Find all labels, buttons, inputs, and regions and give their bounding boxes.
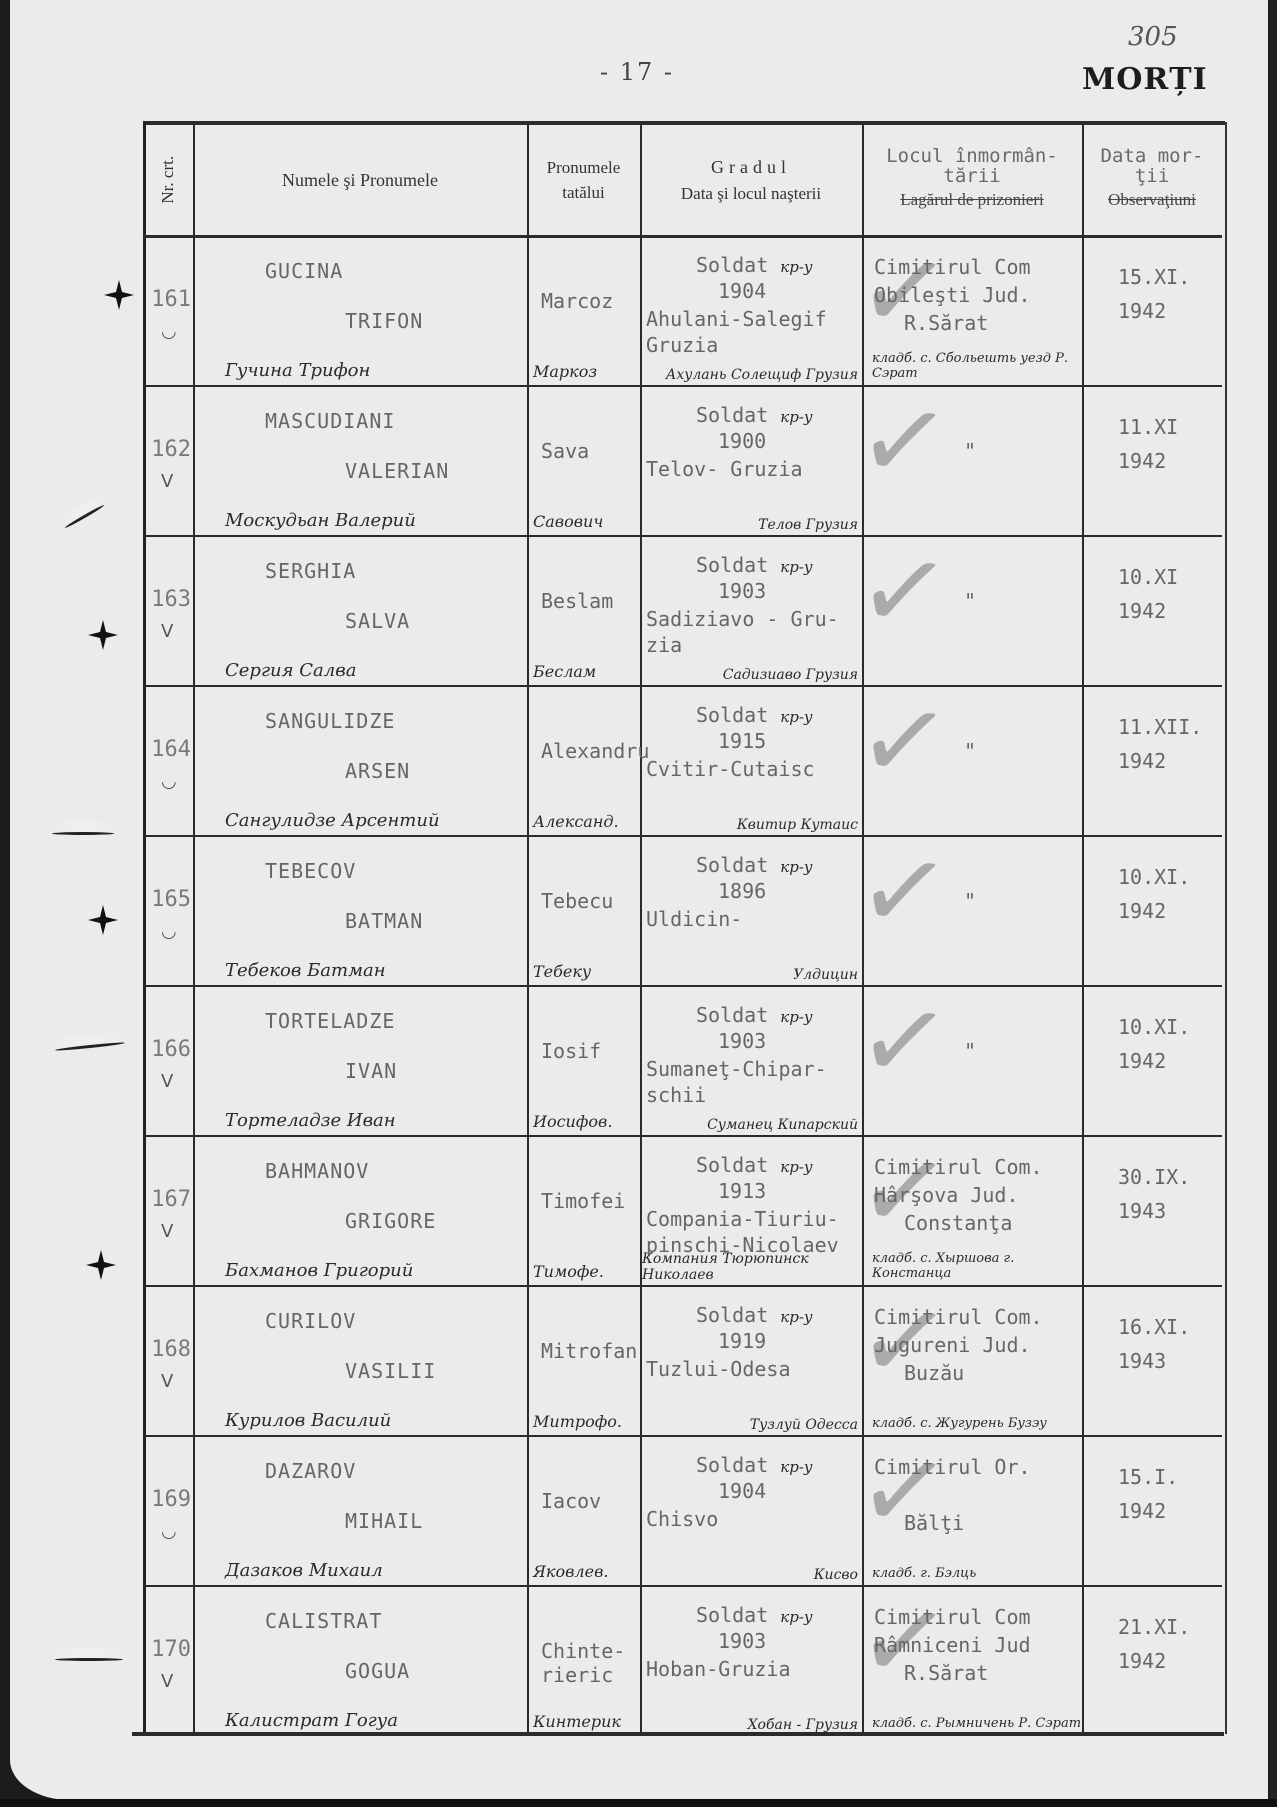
birth-place: Hoban-Gruzia xyxy=(646,1657,791,1681)
rank: Soldat кр-у xyxy=(696,253,813,277)
burial-place-line2: Râmniceni Jud xyxy=(874,1633,1031,1657)
name-cell: DAZAROV MIHAIL Дазаков Михаил xyxy=(195,1437,527,1587)
name-cell: CALISTRAT GOGUA Калистрат Гогуа xyxy=(195,1587,527,1737)
burial-place-line1: Cimitirul Com. xyxy=(874,1305,1043,1329)
name-cell: GUCINA TRIFON Гучина Трифон xyxy=(195,237,527,387)
death-date-day-month: 11.XII. xyxy=(1118,715,1202,739)
burial-place-cell: ✓ Cimitirul Com Râmniceni Jud R.Sărat кл… xyxy=(864,1587,1082,1737)
row-number-cell: 163 V xyxy=(143,537,193,687)
father-name-cell: Tebecu Тебеку xyxy=(529,837,640,987)
row-number: 164 xyxy=(151,737,191,762)
rank-handwritten: кр-у xyxy=(780,258,812,276)
father-name: Beslam xyxy=(541,589,613,613)
birth-handwritten: Улдицин xyxy=(793,967,858,983)
burial-place-cell: ✓ " xyxy=(864,387,1082,537)
father-handwritten: Беслам xyxy=(533,662,596,681)
birth-place: Sumaneţ-Chipar- xyxy=(646,1057,827,1081)
surname: GUCINA xyxy=(265,259,343,283)
check-mark-icon: V xyxy=(161,1671,173,1692)
burial-place-cell: ✓ " xyxy=(864,687,1082,837)
rank-birth-cell: Soldat кр-у 1903 Sumaneţ-Chipar- schii С… xyxy=(642,987,862,1137)
rank-handwritten: кр-у xyxy=(780,408,812,426)
rank-birth-cell: Soldat кр-у 1896 Uldicin- Улдицин xyxy=(642,837,862,987)
birth-place: Sadiziavo - Gru- xyxy=(646,607,839,631)
table-row: 161 ◡ GUCINA TRIFON Гучина Трифон Marcoz… xyxy=(143,237,1222,387)
given-name: VALERIAN xyxy=(345,459,449,483)
surname: SERGHIA xyxy=(265,559,356,583)
father-handwritten: Иосифов. xyxy=(533,1112,612,1131)
father-name: Sava xyxy=(541,439,589,463)
burial-place-line2: Obileşti Jud. xyxy=(874,283,1031,307)
rank-handwritten: кр-у xyxy=(780,1158,812,1176)
verification-check-icon: ✓ xyxy=(850,521,959,661)
birth-year: 1896 xyxy=(718,879,766,903)
death-date-year: 1943 xyxy=(1118,1349,1166,1373)
birth-handwritten: Кисво xyxy=(814,1567,858,1583)
rank: Soldat кр-у xyxy=(696,703,813,727)
row-number: 166 xyxy=(151,1037,191,1062)
row-number-cell: 166 V xyxy=(143,987,193,1137)
name-handwritten: Сергия Салва xyxy=(225,660,356,681)
father-name: Marcoz xyxy=(541,289,613,313)
check-mark-icon: V xyxy=(161,621,173,642)
birth-handwritten: Компания Тюрюпинск Николаев xyxy=(642,1251,858,1283)
rank: Soldat кр-у xyxy=(696,1003,813,1027)
archive-folio-number: 305 xyxy=(1128,22,1178,52)
father-name-cell: Alexandru Александ. xyxy=(529,687,640,837)
header-grade: GradulData şi locul naşterii xyxy=(640,125,862,235)
header-father: Pronumeletatălui xyxy=(527,125,640,235)
father-handwritten: Яковлев. xyxy=(533,1562,608,1581)
father-name-cell: Mitrofan Митрофо. xyxy=(529,1287,640,1437)
rank-handwritten: кр-у xyxy=(780,1608,812,1626)
table-row: 165 ◡ TEBECOV BATMAN Тебеков Батман Tebe… xyxy=(143,837,1222,987)
rank: Soldat кр-у xyxy=(696,1453,813,1477)
birth-handwritten: Суманец Кипарский xyxy=(707,1117,858,1133)
death-date-year: 1942 xyxy=(1118,899,1166,923)
row-number-cell: 161 ◡ xyxy=(143,237,193,387)
table-row: 162 V MASCUDIANI VALERIAN Москудьан Вале… xyxy=(143,387,1222,537)
rank-birth-cell: Soldat кр-у 1903 Sadiziavo - Gru- zia Са… xyxy=(642,537,862,687)
rank-handwritten: кр-у xyxy=(780,1308,812,1326)
name-handwritten: Москудьан Валерий xyxy=(225,510,416,531)
given-name: BATMAN xyxy=(345,909,423,933)
death-date-cell: 15.XI. 1942 xyxy=(1084,237,1222,387)
birth-year: 1919 xyxy=(718,1329,766,1353)
birth-year: 1904 xyxy=(718,1479,766,1503)
death-date-day-month: 15.XI. xyxy=(1118,265,1190,289)
birth-year: 1915 xyxy=(718,729,766,753)
rank-handwritten: кр-у xyxy=(780,1008,812,1026)
death-date-day-month: 10.XI. xyxy=(1118,1015,1190,1039)
table-row: 166 V TORTELADZE IVAN Тортеладзе Иван Io… xyxy=(143,987,1222,1137)
name-handwritten: Курилов Василий xyxy=(225,1410,391,1431)
death-date-cell: 11.XII. 1942 xyxy=(1084,687,1222,837)
name-cell: TORTELADZE IVAN Тортеладзе Иван xyxy=(195,987,527,1137)
surname: CALISTRAT xyxy=(265,1609,382,1633)
check-mark-icon: V xyxy=(161,1071,173,1092)
rank-birth-cell: Soldat кр-у 1904 Chisvo Кисво xyxy=(642,1437,862,1587)
row-number: 162 xyxy=(151,437,191,462)
father-name-cell: Timofei Тимофе. xyxy=(529,1137,640,1287)
burial-place-line1: Cimitirul Com xyxy=(874,1605,1031,1629)
surname: MASCUDIANI xyxy=(265,409,395,433)
birth-place: Telov- Gruzia xyxy=(646,457,803,481)
father-handwritten: Тимофе. xyxy=(533,1262,604,1281)
birth-place: Ahulani-Salegif xyxy=(646,307,827,331)
birth-handwritten: Квитир Кутаис xyxy=(737,817,858,833)
ditto-mark: " xyxy=(964,1039,976,1063)
name-handwritten: Тортеладзе Иван xyxy=(225,1110,396,1131)
birth-year: 1904 xyxy=(718,279,766,303)
birth-place-cont: Gruzia xyxy=(646,333,718,357)
table-row: 168 V CURILOV VASILII Курилов Василий Mi… xyxy=(143,1287,1222,1437)
death-date-cell: 21.XI. 1942 xyxy=(1084,1587,1222,1737)
birth-year: 1900 xyxy=(718,429,766,453)
given-name: SALVA xyxy=(345,609,410,633)
rank-handwritten: кр-у xyxy=(780,708,812,726)
surname: DAZAROV xyxy=(265,1459,356,1483)
name-handwritten: Гучина Трифон xyxy=(225,360,370,381)
birth-handwritten: Садизиаво Грузия xyxy=(723,667,858,683)
father-handwritten: Митрофо. xyxy=(533,1412,622,1431)
death-date-day-month: 10.XI. xyxy=(1118,865,1190,889)
name-handwritten: Калистрат Гогуа xyxy=(225,1710,398,1731)
row-number: 168 xyxy=(151,1337,191,1362)
death-date-year: 1942 xyxy=(1118,449,1166,473)
table-row: 163 V SERGHIA SALVA Сергия Салва Beslam … xyxy=(143,537,1222,687)
surname: TORTELADZE xyxy=(265,1009,395,1033)
burial-place-cell: ✓ Cimitirul Com. Hârşova Jud. Constanţa … xyxy=(864,1137,1082,1287)
ditto-mark: " xyxy=(964,439,976,463)
ditto-mark: " xyxy=(964,589,976,613)
paper-tear-icon xyxy=(52,832,114,835)
death-date-cell: 16.XI. 1943 xyxy=(1084,1287,1222,1437)
burial-place-line1: Cimitirul Or. xyxy=(874,1455,1031,1479)
father-name-cell: Marcoz Маркоз xyxy=(529,237,640,387)
burial-place-cell: ✓ Cimitirul Com. Jugureni Jud. Buzău кла… xyxy=(864,1287,1082,1437)
death-date-year: 1942 xyxy=(1118,749,1166,773)
paper-tear-icon xyxy=(55,1658,123,1661)
birth-handwritten: Ахулань Солещиф Грузия xyxy=(666,367,858,383)
father-handwritten: Маркоз xyxy=(533,362,597,381)
check-mark-icon: V xyxy=(161,1371,173,1392)
row-number: 170 xyxy=(151,1637,191,1662)
birth-year: 1913 xyxy=(718,1179,766,1203)
birth-place: Tuzlui-Odesa xyxy=(646,1357,791,1381)
death-date-cell: 10.XI. 1942 xyxy=(1084,987,1222,1137)
death-date-year: 1942 xyxy=(1118,599,1166,623)
scan-edge-bottom xyxy=(0,1799,1277,1807)
header-nr: Nr. crt. xyxy=(143,125,193,235)
father-name: Iosif xyxy=(541,1039,601,1063)
row-number-cell: 169 ◡ xyxy=(143,1437,193,1587)
burial-place-cell: ✓ " xyxy=(864,987,1082,1137)
death-date-day-month: 16.XI. xyxy=(1118,1315,1190,1339)
row-number: 169 xyxy=(151,1487,191,1512)
rank-birth-cell: Soldat кр-у 1903 Hoban-Gruzia Хобан - Гр… xyxy=(642,1587,862,1737)
rank-handwritten: кр-у xyxy=(780,858,812,876)
father-handwritten: Савович xyxy=(533,512,603,531)
given-name: ARSEN xyxy=(345,759,410,783)
father-name: Iacov xyxy=(541,1489,601,1513)
father-name: Tebecu xyxy=(541,889,613,913)
page-number: - 17 - xyxy=(600,58,674,86)
rank-birth-cell: Soldat кр-у 1900 Telov- Gruzia Телов Гру… xyxy=(642,387,862,537)
name-cell: SANGULIDZE ARSEN Сангулидзе Арсентий xyxy=(195,687,527,837)
birth-handwritten: Хобан - Грузия xyxy=(748,1717,858,1733)
table-row: 169 ◡ DAZAROV MIHAIL Дазаков Михаил Iaco… xyxy=(143,1437,1222,1587)
death-date-year: 1943 xyxy=(1118,1199,1166,1223)
rank: Soldat кр-у xyxy=(696,1603,813,1627)
death-date-cell: 30.IX. 1943 xyxy=(1084,1137,1222,1287)
burial-place-line3: Constanţa xyxy=(904,1211,1012,1235)
rank: Soldat кр-у xyxy=(696,1153,813,1177)
death-date-cell: 11.XI 1942 xyxy=(1084,387,1222,537)
row-number-cell: 164 ◡ xyxy=(143,687,193,837)
father-name-cell: Beslam Беслам xyxy=(529,537,640,687)
row-number-cell: 165 ◡ xyxy=(143,837,193,987)
birth-year: 1903 xyxy=(718,1029,766,1053)
name-cell: CURILOV VASILII Курилов Василий xyxy=(195,1287,527,1437)
row-number: 163 xyxy=(151,587,191,612)
burial-place-line3: Bălţi xyxy=(904,1511,964,1535)
death-date-day-month: 15.I. xyxy=(1118,1465,1178,1489)
burial-place-line1: Cimitirul Com. xyxy=(874,1155,1043,1179)
rank-handwritten: кр-у xyxy=(780,558,812,576)
death-date-day-month: 21.XI. xyxy=(1118,1615,1190,1639)
birth-place: Compania-Tiuriu- xyxy=(646,1207,839,1231)
header-burial: Locul înmormân-tării Lagărul de prizonie… xyxy=(862,125,1082,235)
scan-edge-right xyxy=(1269,0,1277,1807)
table-row: 164 ◡ SANGULIDZE ARSEN Сангулидзе Арсент… xyxy=(143,687,1222,837)
row-number-cell: 170 V xyxy=(143,1587,193,1737)
row-number: 167 xyxy=(151,1187,191,1212)
burial-place-line1: Cimitirul Com xyxy=(874,255,1031,279)
burial-place-line3: R.Sărat xyxy=(904,311,988,335)
rank-handwritten: кр-у xyxy=(780,1458,812,1476)
name-handwritten: Бахманов Григорий xyxy=(225,1260,413,1281)
burial-place-line3: R.Sărat xyxy=(904,1661,988,1685)
death-date-year: 1942 xyxy=(1118,1649,1166,1673)
death-date-year: 1942 xyxy=(1118,1049,1166,1073)
given-name: VASILII xyxy=(345,1359,436,1383)
name-cell: MASCUDIANI VALERIAN Москудьан Валерий xyxy=(195,387,527,537)
father-handwritten: Александ. xyxy=(533,812,619,831)
father-name-cell: Chinte-rieric Кинтерик xyxy=(529,1587,640,1737)
birth-place: Uldicin- xyxy=(646,907,742,931)
name-cell: SERGHIA SALVA Сергия Салва xyxy=(195,537,527,687)
ditto-mark: " xyxy=(964,739,976,763)
table-header: Nr. crt. Numele şi Pronumele Pronumeleta… xyxy=(143,125,1222,235)
rank-birth-cell: Soldat кр-у 1913 Compania-Tiuriu- pinsch… xyxy=(642,1137,862,1287)
given-name: GRIGORE xyxy=(345,1209,436,1233)
birth-place-cont: zia xyxy=(646,633,682,657)
rank: Soldat кр-у xyxy=(696,553,813,577)
check-mark-icon: V xyxy=(161,471,173,492)
table-row: 167 V BAHMANOV GRIGORE Бахманов Григорий… xyxy=(143,1137,1222,1287)
burial-place-cell: ✓ Cimitirul Or. Bălţi кладб. г. Бэлць xyxy=(864,1437,1082,1587)
birth-place-cont: schii xyxy=(646,1083,706,1107)
table-row: 170 V CALISTRAT GOGUA Калистрат Гогуа Ch… xyxy=(143,1587,1222,1737)
verification-check-icon: ✓ xyxy=(850,671,959,811)
name-handwritten: Тебеков Батман xyxy=(225,960,386,981)
name-cell: TEBECOV BATMAN Тебеков Батман xyxy=(195,837,527,987)
rank-birth-cell: Soldat кр-у 1904 Ahulani-Salegif Gruzia … xyxy=(642,237,862,387)
father-name-cell: Sava Савович xyxy=(529,387,640,537)
given-name: GOGUA xyxy=(345,1659,410,1683)
verification-check-icon: ✓ xyxy=(850,1421,959,1561)
row-number-cell: 162 V xyxy=(143,387,193,537)
birth-handwritten: Тузлуй Одесса xyxy=(750,1417,858,1433)
given-name: IVAN xyxy=(345,1059,397,1083)
check-mark-icon: ◡ xyxy=(161,921,177,942)
birth-place: Cvitir-Cutaisc xyxy=(646,757,815,781)
death-date-year: 1942 xyxy=(1118,1499,1166,1523)
verification-check-icon: ✓ xyxy=(850,371,959,511)
death-date-day-month: 10.XI xyxy=(1118,565,1178,589)
surname: SANGULIDZE xyxy=(265,709,395,733)
check-mark-icon: ◡ xyxy=(161,321,177,342)
ditto-mark: " xyxy=(964,889,976,913)
death-date-year: 1942 xyxy=(1118,299,1166,323)
rank: Soldat кр-у xyxy=(696,853,813,877)
rank: Soldat кр-у xyxy=(696,403,813,427)
row-number: 161 xyxy=(151,287,191,312)
father-name-cell: Iosif Иосифов. xyxy=(529,987,640,1137)
birth-year: 1903 xyxy=(718,1629,766,1653)
father-handwritten: Кинтерик xyxy=(533,1712,621,1731)
check-mark-icon: V xyxy=(161,1221,173,1242)
surname: CURILOV xyxy=(265,1309,356,1333)
father-name: Chinte-rieric xyxy=(541,1639,640,1687)
death-date-day-month: 30.IX. xyxy=(1118,1165,1190,1189)
table-bottom-rule xyxy=(132,1732,1224,1736)
death-date-cell: 10.XI 1942 xyxy=(1084,537,1222,687)
check-mark-icon: ◡ xyxy=(161,1521,177,1542)
burial-handwritten-note: кладб. с. Рымничень Р. Сэрат xyxy=(872,1716,1081,1731)
death-date-day-month: 11.XI xyxy=(1118,415,1178,439)
rank-birth-cell: Soldat кр-у 1919 Tuzlui-Odesa Тузлуй Оде… xyxy=(642,1287,862,1437)
given-name: MIHAIL xyxy=(345,1509,423,1533)
row-number-cell: 168 V xyxy=(143,1287,193,1437)
header-name: Numele şi Pronumele xyxy=(193,125,527,235)
burial-place-cell: ✓ Cimitirul Com Obileşti Jud. R.Sărat кл… xyxy=(864,237,1082,387)
burial-place-line2: Jugureni Jud. xyxy=(874,1333,1031,1357)
header-death-date: Data mor-ţii Observaţiuni xyxy=(1082,125,1222,235)
rank-birth-cell: Soldat кр-у 1915 Cvitir-Cutaisc Квитир К… xyxy=(642,687,862,837)
burial-place-cell: ✓ " xyxy=(864,837,1082,987)
death-date-cell: 10.XI. 1942 xyxy=(1084,837,1222,987)
section-title: MORȚI xyxy=(1082,62,1208,97)
surname: BAHMANOV xyxy=(265,1159,369,1183)
check-mark-icon: ◡ xyxy=(161,771,177,792)
name-cell: BAHMANOV GRIGORE Бахманов Григорий xyxy=(195,1137,527,1287)
verification-check-icon: ✓ xyxy=(850,971,959,1111)
burial-place-line3: Buzău xyxy=(904,1361,964,1385)
row-number-cell: 167 V xyxy=(143,1137,193,1287)
rank: Soldat кр-у xyxy=(696,1303,813,1327)
father-name: Timofei xyxy=(541,1189,625,1213)
verification-check-icon: ✓ xyxy=(850,821,959,961)
father-name: Alexandru xyxy=(541,739,649,763)
birth-year: 1903 xyxy=(718,579,766,603)
birth-place: Chisvo xyxy=(646,1507,718,1531)
row-number: 165 xyxy=(151,887,191,912)
surname: TEBECOV xyxy=(265,859,356,883)
name-handwritten: Дазаков Михаил xyxy=(225,1560,383,1581)
birth-handwritten: Телов Грузия xyxy=(758,517,858,533)
father-handwritten: Тебеку xyxy=(533,962,591,981)
father-name-cell: Iacov Яковлев. xyxy=(529,1437,640,1587)
name-handwritten: Сангулидзе Арсентий xyxy=(225,810,440,831)
burial-place-line2: Hârşova Jud. xyxy=(874,1183,1019,1207)
given-name: TRIFON xyxy=(345,309,423,333)
father-name: Mitrofan xyxy=(541,1339,637,1363)
death-date-cell: 15.I. 1942 xyxy=(1084,1437,1222,1587)
burial-place-cell: ✓ " xyxy=(864,537,1082,687)
